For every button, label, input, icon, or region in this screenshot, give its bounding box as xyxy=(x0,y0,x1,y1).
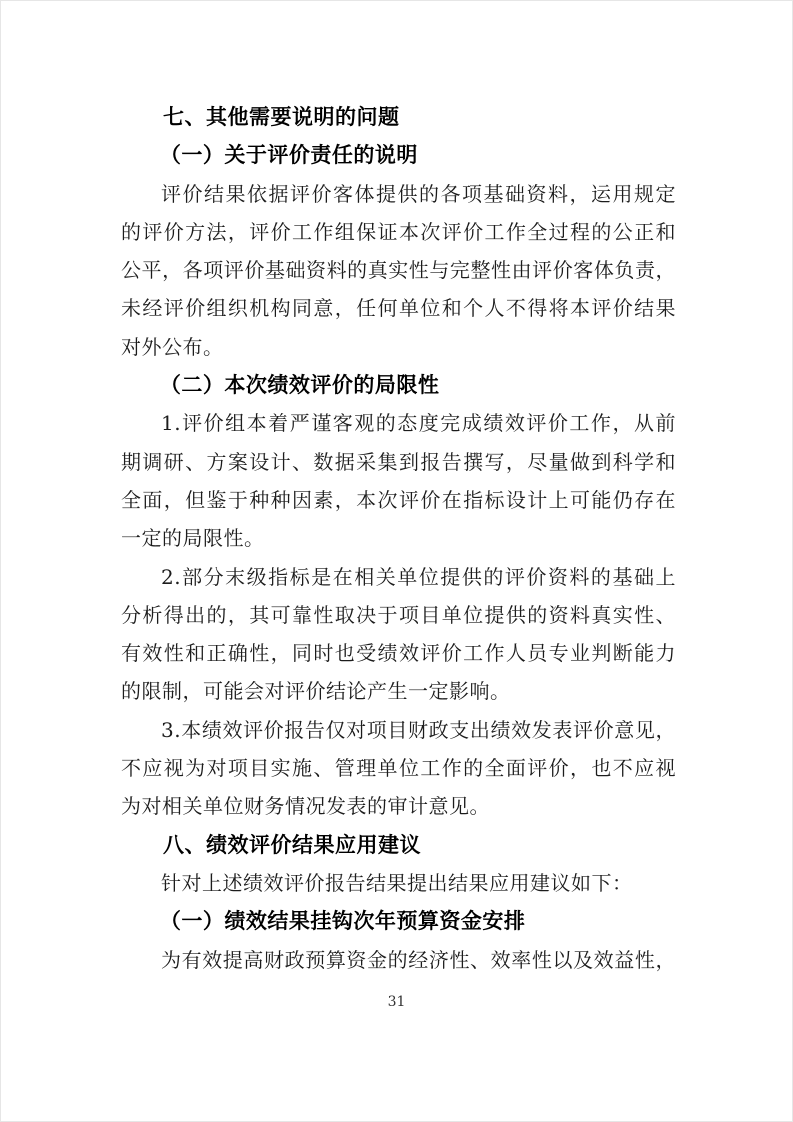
paragraph-line: 的限制，可能会对评价结论产生一定影响。 xyxy=(121,672,676,710)
sub-heading: （一）绩效结果挂钩次年预算资金安排 xyxy=(121,902,676,940)
section-heading: 七、其他需要说明的问题 xyxy=(121,98,676,136)
paragraph-line: 未经评价组织机构同意，任何单位和个人不得将本评价结果 xyxy=(121,289,676,327)
document-body: 七、其他需要说明的问题（一）关于评价责任的说明评价结果依据评价客体提供的各项基础… xyxy=(121,98,676,979)
paragraph-line: 针对上述绩效评价报告结果提出结果应用建议如下： xyxy=(121,864,676,902)
paragraph-line: 1.评价组本着严谨客观的态度完成绩效评价工作，从前 xyxy=(121,404,676,442)
paragraph-line: 对外公布。 xyxy=(121,328,676,366)
paragraph-line: 为对相关单位财务情况发表的审计意见。 xyxy=(121,787,676,825)
paragraph-line: 评价结果依据评价客体提供的各项基础资料，运用规定 xyxy=(121,175,676,213)
paragraph-line: 全面，但鉴于种种因素，本次评价在指标设计上可能仍存在 xyxy=(121,481,676,519)
sub-heading: （二）本次绩效评价的局限性 xyxy=(121,366,676,404)
paragraph-line: 公平，各项评价基础资料的真实性与完整性由评价客体负责， xyxy=(121,251,676,289)
paragraph-line: 期调研、方案设计、数据采集到报告撰写，尽量做到科学和 xyxy=(121,443,676,481)
paragraph-line: 2.部分末级指标是在相关单位提供的评价资料的基础上 xyxy=(121,558,676,596)
paragraph-line: 一定的局限性。 xyxy=(121,519,676,557)
page-number: 31 xyxy=(1,994,792,1010)
paragraph-line: 分析得出的，其可靠性取决于项目单位提供的资料真实性、 xyxy=(121,596,676,634)
document-page: 七、其他需要说明的问题（一）关于评价责任的说明评价结果依据评价客体提供的各项基础… xyxy=(0,0,793,1122)
paragraph-line: 的评价方法，评价工作组保证本次评价工作全过程的公正和 xyxy=(121,213,676,251)
paragraph-line: 有效性和正确性，同时也受绩效评价工作人员专业判断能力 xyxy=(121,634,676,672)
sub-heading: （一）关于评价责任的说明 xyxy=(121,136,676,174)
paragraph-line: 3.本绩效评价报告仅对项目财政支出绩效发表评价意见， xyxy=(121,711,676,749)
paragraph-line: 为有效提高财政预算资金的经济性、效率性以及效益性， xyxy=(121,941,676,979)
section-heading: 八、绩效评价结果应用建议 xyxy=(121,826,676,864)
paragraph-line: 不应视为对项目实施、管理单位工作的全面评价，也不应视 xyxy=(121,749,676,787)
